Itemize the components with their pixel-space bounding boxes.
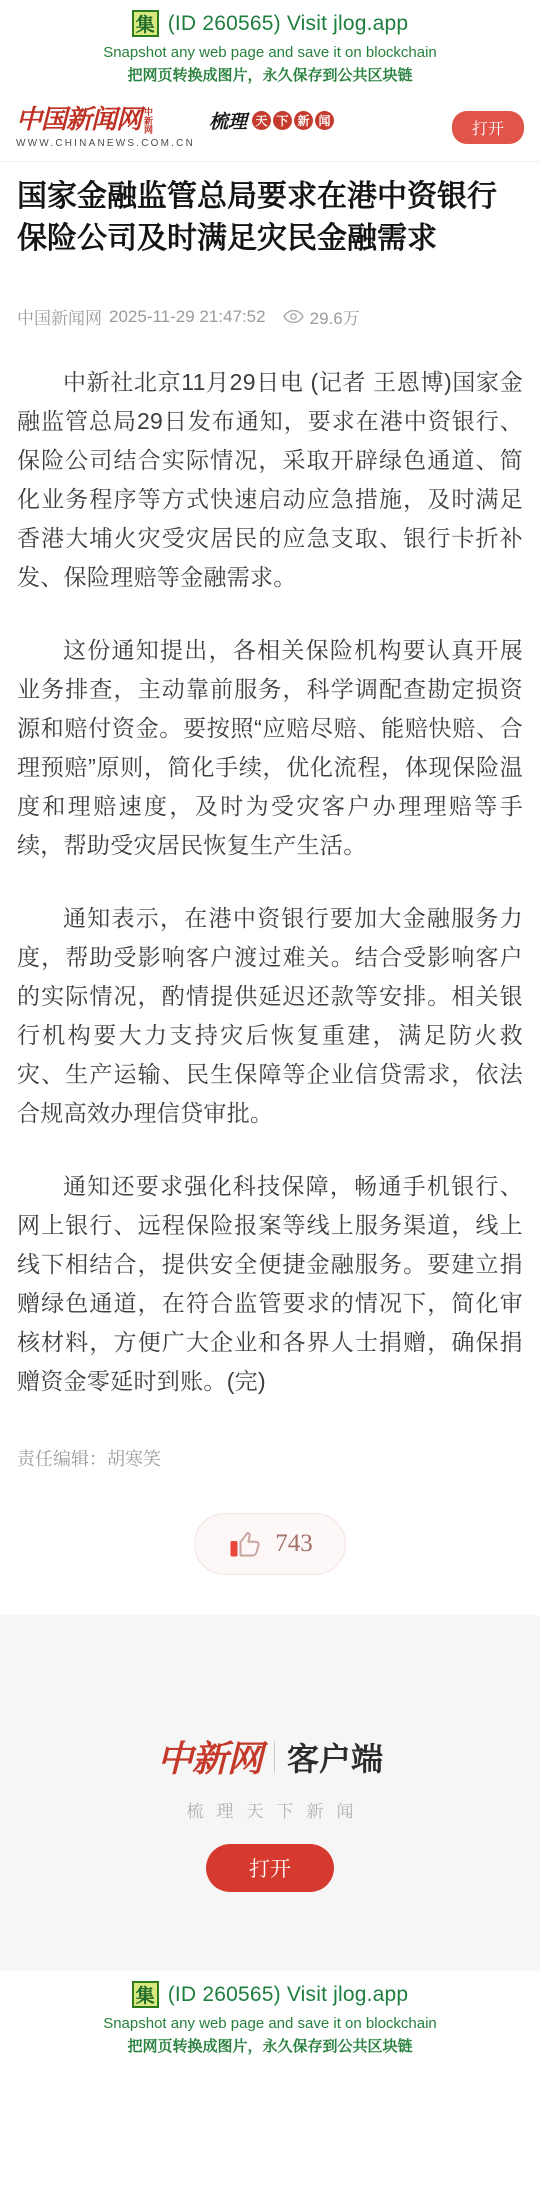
like-count: 743 <box>275 1530 313 1558</box>
promo-subtitle-zh: 把网页转换成图片，永久保存到公共区块链 <box>0 64 540 85</box>
app-footer: 中新网 客户端 梳理天下新闻 打开 <box>0 1615 540 1971</box>
ji-badge-icon: 集 <box>132 10 159 37</box>
tagline-circle: 下 <box>273 111 292 130</box>
site-header: 中国新闻网 中新网 WWW.CHINANEWS.COM.CN 梳理 天下新闻 打… <box>0 96 540 162</box>
chinanews-logo-text: 中国新闻网 <box>16 106 141 134</box>
app-logo-client: 客户端 <box>287 1734 383 1780</box>
promo-subtitle-zh: 把网页转换成图片，永久保存到公共区块链 <box>0 2035 540 2056</box>
promo-link[interactable]: 集 (ID 260565) Visit jlog.app <box>0 10 540 37</box>
tagline-circle: 闻 <box>315 111 334 130</box>
logo-divider <box>274 1741 275 1773</box>
app-logo-brand: 中新网 <box>157 1731 262 1782</box>
article-paragraph: 通知表示，在港中资银行要加大金融服务力度，帮助受影响客户渡过难关。结合受影响客户… <box>17 899 523 1133</box>
editor-credit: 责任编辑：胡寒笑 <box>17 1445 523 1471</box>
chinanews-logo[interactable]: 中国新闻网 中新网 WWW.CHINANEWS.COM.CN <box>16 106 195 149</box>
article-paragraph: 通知还要求强化科技保障，畅通手机银行、网上银行、远程保险报案等线上服务渠道，线上… <box>17 1167 523 1401</box>
open-app-button-footer[interactable]: 打开 <box>206 1844 334 1892</box>
article-meta: 中国新闻网 2025-11-29 21:47:52 29.6万 <box>17 304 523 329</box>
open-app-button-top[interactable]: 打开 <box>452 111 524 144</box>
promo-id-text: (ID 260565) Visit jlog.app <box>168 1983 409 2007</box>
promo-id-text: (ID 260565) Visit jlog.app <box>168 12 409 36</box>
tagline-circle: 新 <box>294 111 313 130</box>
article-timestamp: 2025-11-29 21:47:52 <box>109 307 266 327</box>
article-title: 国家金融监管总局要求在港中资银行保险公司及时满足灾民金融需求 <box>17 176 523 260</box>
like-button[interactable]: 743 <box>194 1513 346 1575</box>
promo-subtitle-en: Snapshot any web page and save it on blo… <box>0 2015 540 2032</box>
article-paragraph: 中新社北京11月29日电 (记者 王恩博)国家金融监管总局29日发布通知，要求在… <box>17 363 523 597</box>
chinanews-seal: 中新网 <box>144 108 155 135</box>
app-tagline: 梳理天下新闻 <box>0 1797 540 1822</box>
tagline-prefix: 梳理 <box>209 107 247 134</box>
promo-link[interactable]: 集 (ID 260565) Visit jlog.app <box>0 1981 540 2008</box>
eye-icon <box>283 309 304 324</box>
site-tagline: 梳理 天下新闻 <box>209 107 334 134</box>
article-body: 中新社北京11月29日电 (记者 王恩博)国家金融监管总局29日发布通知，要求在… <box>17 363 523 1401</box>
tagline-circles: 天下新闻 <box>250 111 334 130</box>
tagline-circle: 天 <box>252 111 271 130</box>
article: 国家金融监管总局要求在港中资银行保险公司及时满足灾民金融需求 中国新闻网 202… <box>0 176 540 1471</box>
like-row: 743 <box>0 1513 540 1575</box>
view-counter: 29.6万 <box>283 304 360 329</box>
chinanews-url: WWW.CHINANEWS.COM.CN <box>16 138 195 149</box>
thumbs-up-icon <box>227 1526 263 1562</box>
app-logo: 中新网 客户端 <box>0 1731 540 1782</box>
view-count: 29.6万 <box>310 304 360 329</box>
article-paragraph: 这份通知提出，各相关保险机构要认真开展业务排查，主动靠前服务，科学调配查勘定损资… <box>17 631 523 865</box>
promo-banner-top: 集 (ID 260565) Visit jlog.app Snapshot an… <box>0 0 540 96</box>
article-source: 中国新闻网 <box>17 304 102 329</box>
ji-badge-icon: 集 <box>132 1981 159 2008</box>
promo-banner-bottom: 集 (ID 260565) Visit jlog.app Snapshot an… <box>0 1971 540 2067</box>
promo-subtitle-en: Snapshot any web page and save it on blo… <box>0 44 540 61</box>
